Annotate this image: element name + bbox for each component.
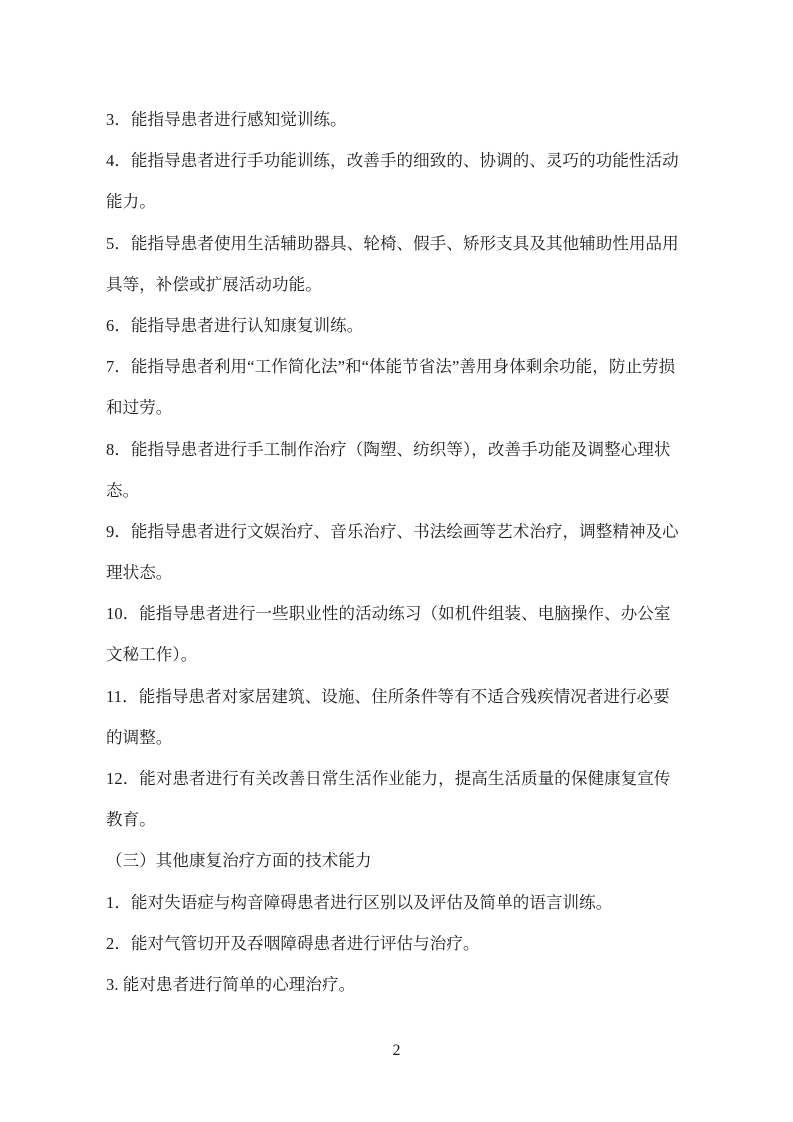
doc-line: 文秘工作）。 bbox=[106, 634, 696, 675]
doc-line: 和过劳。 bbox=[106, 387, 696, 428]
doc-line: 能力。 bbox=[106, 181, 696, 222]
doc-line: 10．能指导患者进行一些职业性的活动练习（如机件组装、电脑操作、办公室 bbox=[106, 593, 696, 634]
document-page: 3．能指导患者进行感知觉训练。 4．能指导患者进行手功能训练，改善手的细致的、协… bbox=[0, 0, 793, 1122]
doc-line: 1．能对失语症与构音障碍患者进行区别以及评估及简单的语言训练。 bbox=[106, 882, 696, 923]
doc-line: 7．能指导患者利用“工作简化法”和“体能节省法”善用身体剩余功能，防止劳损 bbox=[106, 346, 696, 387]
doc-line: 的调整。 bbox=[106, 717, 696, 758]
doc-line: 4．能指导患者进行手功能训练，改善手的细致的、协调的、灵巧的功能性活动 bbox=[106, 140, 696, 181]
doc-line: 12．能对患者进行有关改善日常生活作业能力，提高生活质量的保健康复宣传 bbox=[106, 758, 696, 799]
doc-line: 具等，补偿或扩展活动功能。 bbox=[106, 264, 696, 305]
doc-line: 态。 bbox=[106, 470, 696, 511]
doc-line: 11．能指导患者对家居建筑、设施、住所条件等有不适合残疾情况者进行必要 bbox=[106, 676, 696, 717]
doc-line: 9．能指导患者进行文娱治疗、音乐治疗、书法绘画等艺术治疗，调整精神及心 bbox=[106, 511, 696, 552]
doc-line: 理状态。 bbox=[106, 552, 696, 593]
page-number: 2 bbox=[0, 1041, 793, 1061]
doc-line: 3. 能对患者进行简单的心理治疗。 bbox=[106, 964, 696, 1005]
section-heading: （三）其他康复治疗方面的技术能力 bbox=[106, 840, 696, 881]
doc-line: 教育。 bbox=[106, 799, 696, 840]
doc-line: 2．能对气管切开及吞咽障碍患者进行评估与治疗。 bbox=[106, 923, 696, 964]
doc-line: 6．能指导患者进行认知康复训练。 bbox=[106, 305, 696, 346]
doc-line: 3．能指导患者进行感知觉训练。 bbox=[106, 99, 696, 140]
doc-line: 5．能指导患者使用生活辅助器具、轮椅、假手、矫形支具及其他辅助性用品用 bbox=[106, 223, 696, 264]
doc-line: 8．能指导患者进行手工制作治疗（陶塑、纺织等），改善手功能及调整心理状 bbox=[106, 429, 696, 470]
document-body: 3．能指导患者进行感知觉训练。 4．能指导患者进行手功能训练，改善手的细致的、协… bbox=[106, 99, 696, 1005]
